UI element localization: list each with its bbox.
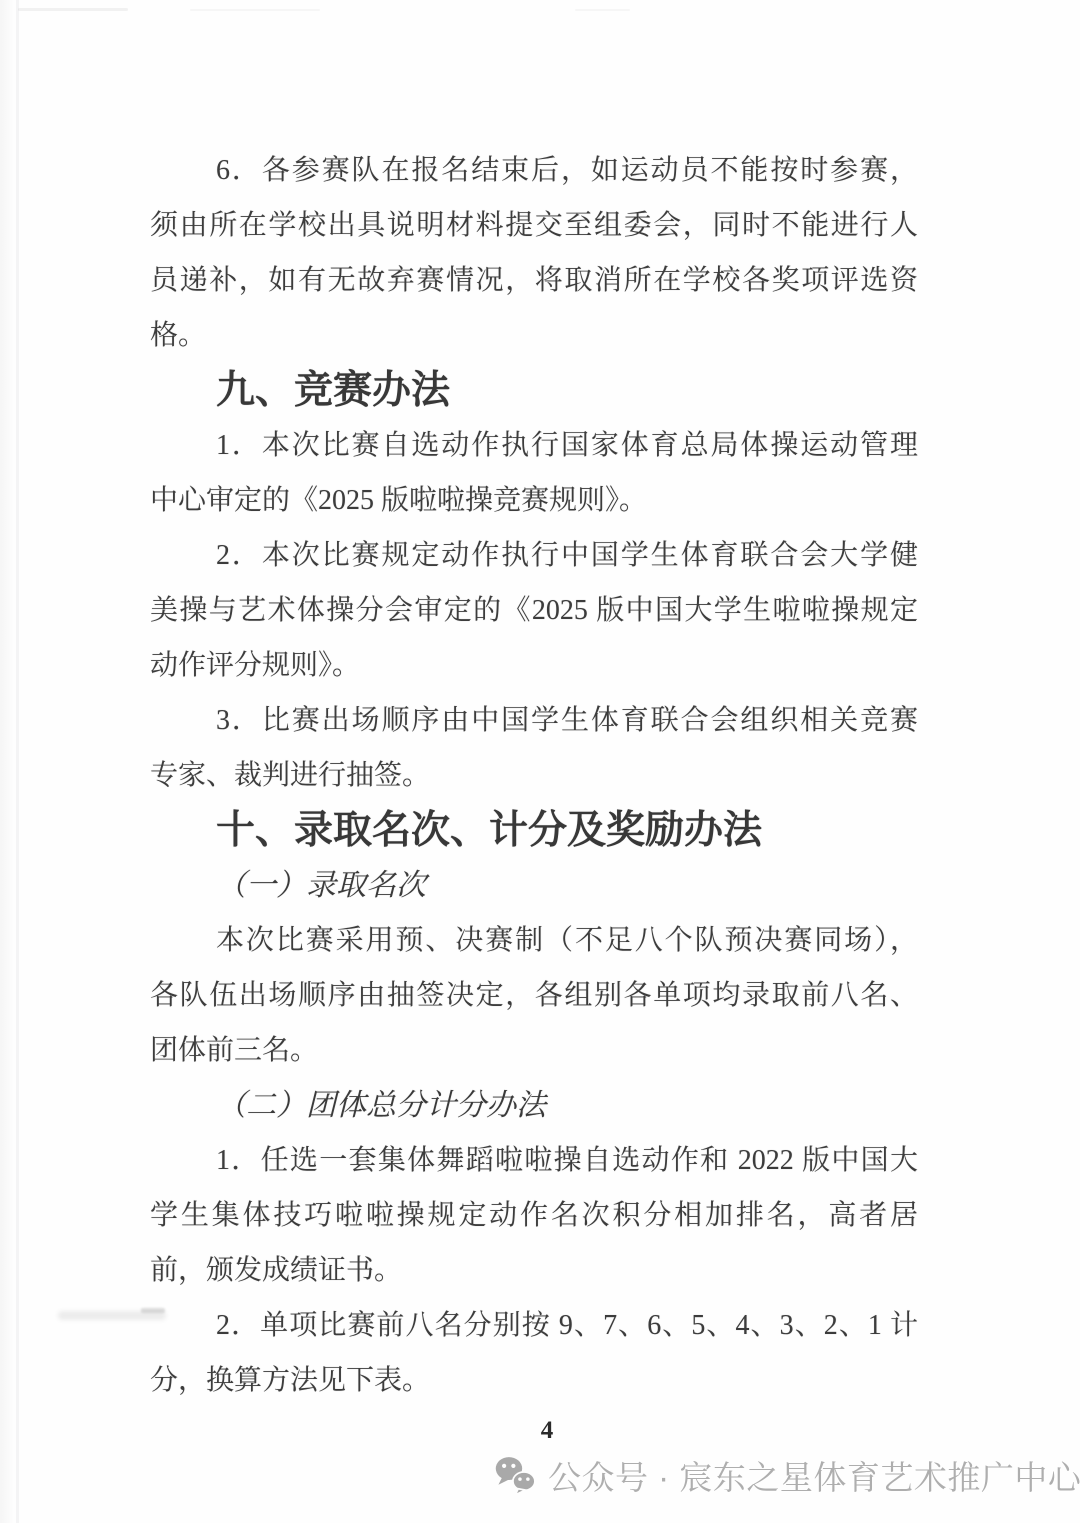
text-line: 2．单项比赛前八名分别按 9、7、6、5、4、3、2、1 计 <box>150 1298 918 1353</box>
document-page: 6．各参赛队在报名结束后，如运动员不能按时参赛，须由所在学校出具说明材料提交至组… <box>0 0 1080 1523</box>
text-line: 中心审定的《2025 版啦啦操竞赛规则》。 <box>150 473 918 528</box>
text-line: 十、录取名次、计分及奖励办法 <box>150 803 918 858</box>
text-line: 动作评分规则》。 <box>150 638 918 693</box>
text-line: 学生集体技巧啦啦操规定动作名次积分相加排名，高者居 <box>150 1188 918 1243</box>
text-line: 2．本次比赛规定动作执行中国学生体育联合会大学健 <box>150 528 918 583</box>
text-line: 1．本次比赛自选动作执行国家体育总局体操运动管理 <box>150 418 918 473</box>
text-line: 各队伍出场顺序由抽签决定，各组别各单项均录取前八名、 <box>150 968 918 1023</box>
text-line: 须由所在学校出具说明材料提交至组委会，同时不能进行人 <box>150 198 918 253</box>
page-number: 4 <box>0 1417 1080 1445</box>
text-line: 专家、裁判进行抽签。 <box>150 748 918 803</box>
wechat-icon <box>494 1455 538 1497</box>
text-line: 分，换算方法见下表。 <box>150 1353 918 1408</box>
text-line: （一）录取名次 <box>150 858 918 913</box>
text-line: 3．比赛出场顺序由中国学生体育联合会组织相关竞赛 <box>150 693 918 748</box>
text-line: 1．任选一套集体舞蹈啦啦操自选动作和 2022 版中国大 <box>150 1133 918 1188</box>
text-line: 九、竞赛办法 <box>150 363 918 418</box>
text-line: 6．各参赛队在报名结束后，如运动员不能按时参赛， <box>150 143 918 198</box>
scan-artifact <box>18 8 128 11</box>
text-line: 本次比赛采用预、决赛制（不足八个队预决赛同场）， <box>150 913 918 968</box>
scan-edge-shading <box>0 0 14 1523</box>
document-body: 6．各参赛队在报名结束后，如运动员不能按时参赛，须由所在学校出具说明材料提交至组… <box>150 143 918 1408</box>
scan-artifact <box>190 9 320 11</box>
watermark-text: 公众号 · 宸东之星体育艺术推广中心 <box>548 1452 1080 1499</box>
watermark: 公众号 · 宸东之星体育艺术推广中心 <box>494 1452 1080 1499</box>
text-line: 格。 <box>150 308 918 363</box>
scan-edge-line <box>16 0 19 1523</box>
text-line: 团体前三名。 <box>150 1023 918 1078</box>
text-line: （二）团体总分计分办法 <box>150 1078 918 1133</box>
text-line: 美操与艺术体操分会审定的《2025 版中国大学生啦啦操规定 <box>150 583 918 638</box>
text-line: 员递补，如有无故弃赛情况，将取消所在学校各奖项评选资 <box>150 253 918 308</box>
scan-artifact <box>575 9 630 11</box>
text-line: 前，颁发成绩证书。 <box>150 1243 918 1298</box>
